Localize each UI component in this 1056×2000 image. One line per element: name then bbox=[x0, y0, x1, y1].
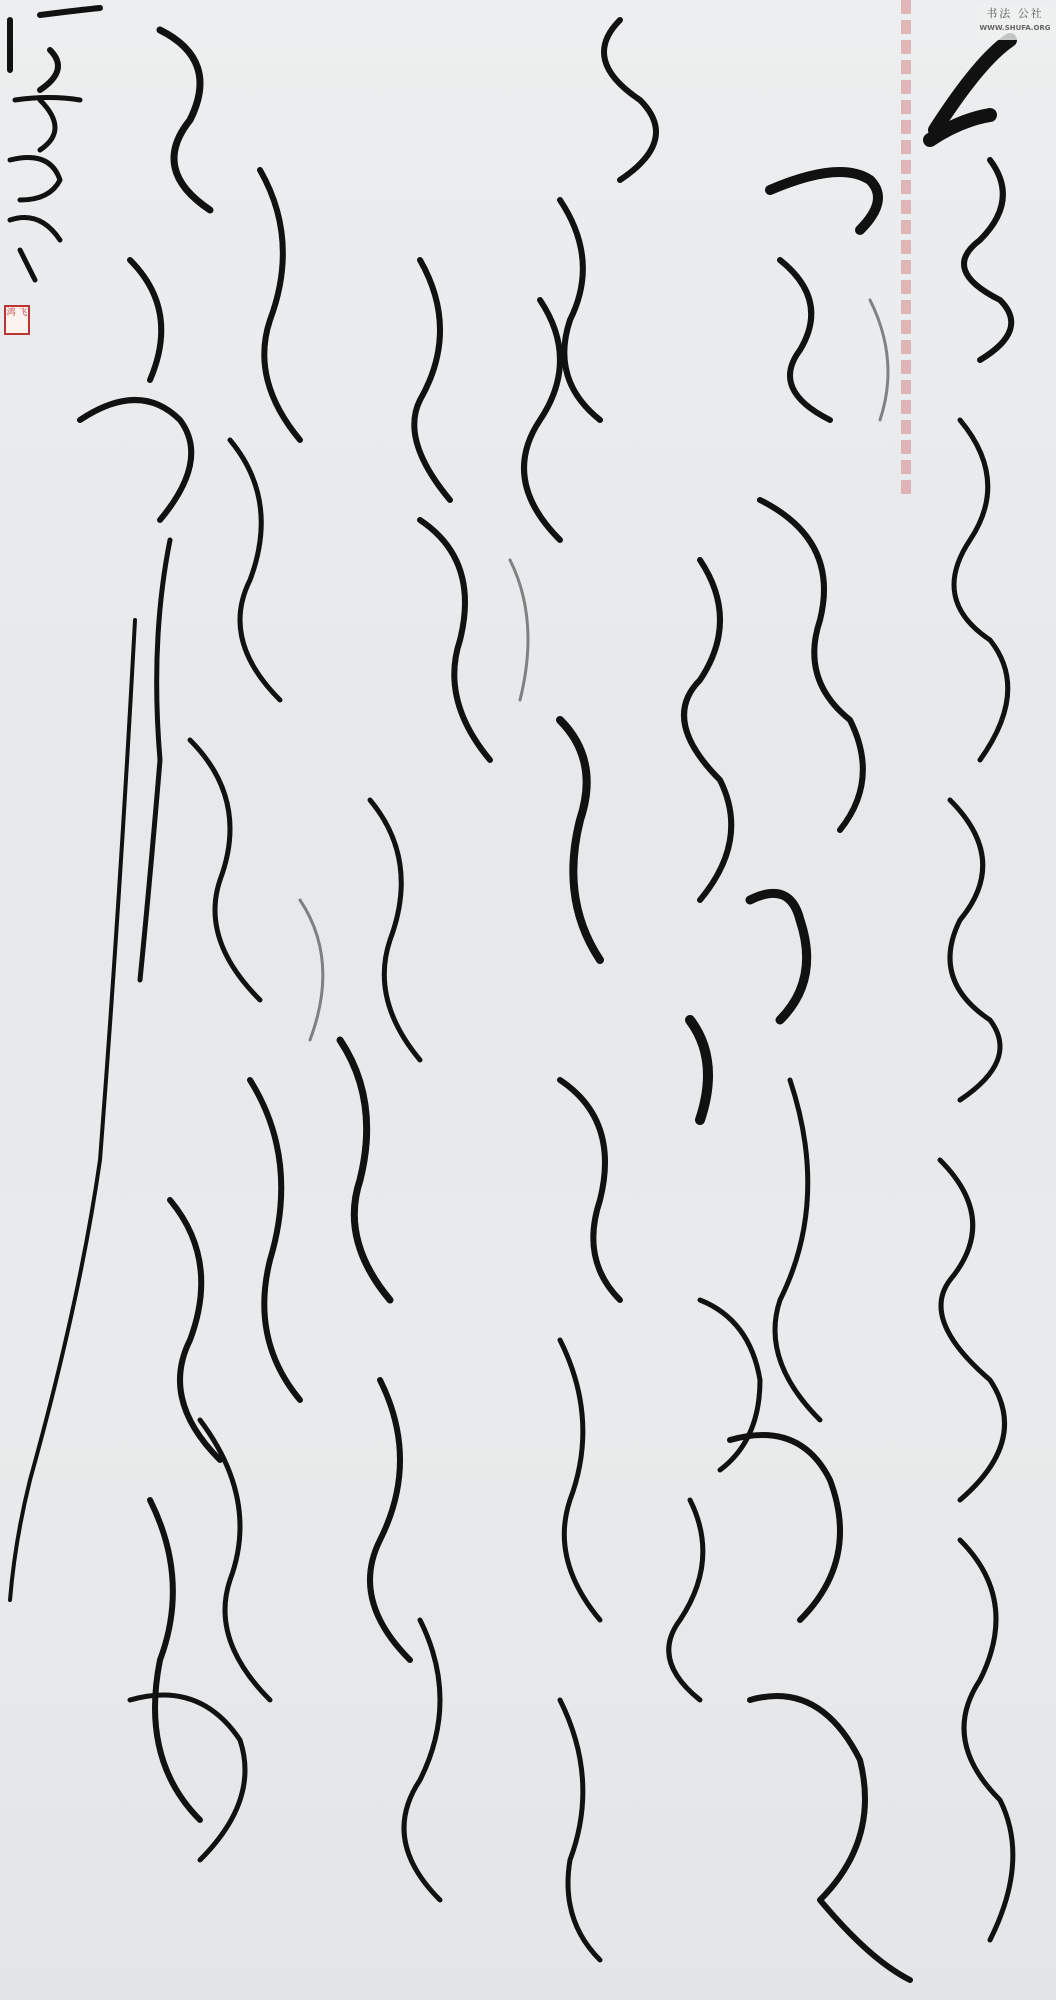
calligraphy-scroll: 鸿 飞 书法 公社 WWW.SHUFA.ORG bbox=[0, 0, 1056, 2000]
watermark-url: WWW.SHUFA.ORG bbox=[975, 22, 1055, 34]
artist-seal: 鸿 飞 bbox=[4, 305, 30, 335]
calligraphy-strokes bbox=[0, 0, 1056, 2000]
watermark: 书法 公社 WWW.SHUFA.ORG bbox=[975, 6, 1055, 40]
watermark-chinese: 书法 公社 bbox=[975, 6, 1055, 22]
seal-text: 鸿 飞 bbox=[7, 308, 28, 318]
